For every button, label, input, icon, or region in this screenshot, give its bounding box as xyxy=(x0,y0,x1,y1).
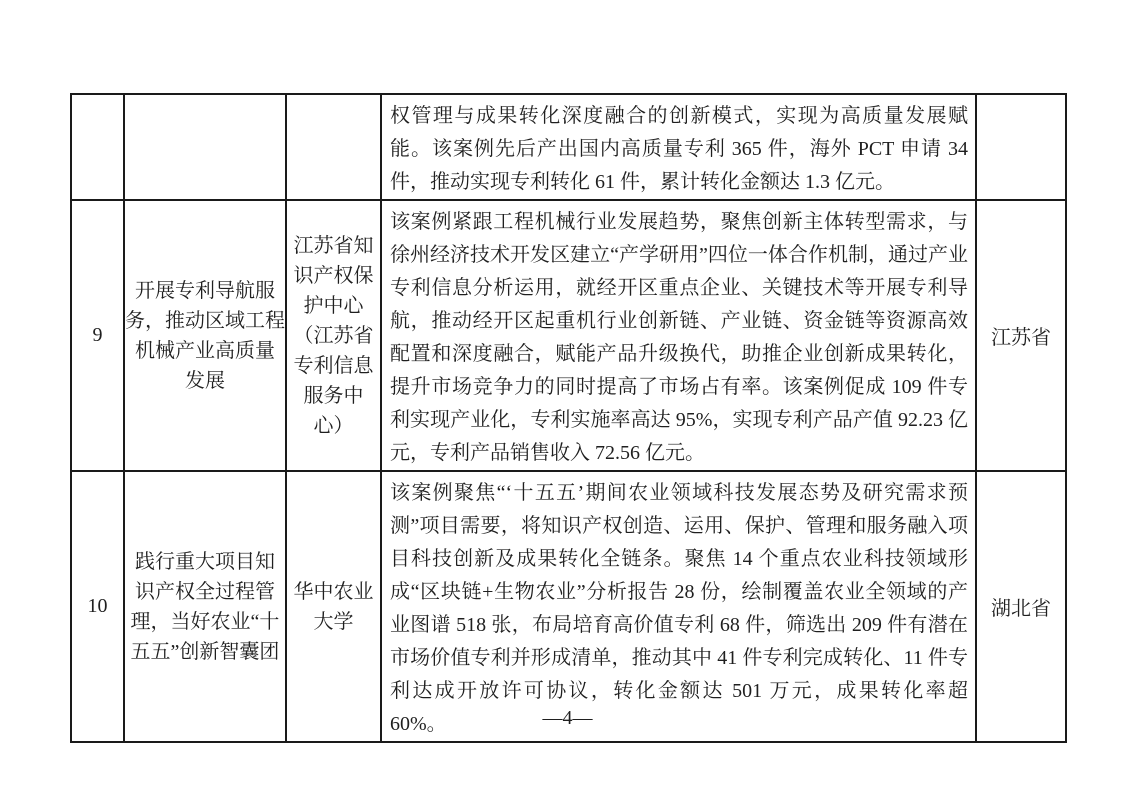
case-description-cell: 该案例紧跟工程机械行业发展趋势，聚焦创新主体转型需求，与徐州经济技术开发区建立“… xyxy=(381,200,976,471)
case-title-cell xyxy=(124,94,286,200)
case-title-cell: 践行重大项目知 识产权全过程管 理，当好农业“十 五五”创新智囊团 xyxy=(124,471,286,742)
case-organization-cell: 江苏省知 识产权保 护中心 （江苏省 专利信息 服务中 心） xyxy=(286,200,381,471)
document-page: 权管理与成果转化深度融合的创新模式，实现为高质量发展赋能。该案例先后产出国内高质… xyxy=(0,0,1122,793)
case-province-cell: 湖北省 xyxy=(976,471,1066,742)
cases-table: 权管理与成果转化深度融合的创新模式，实现为高质量发展赋能。该案例先后产出国内高质… xyxy=(70,93,1067,743)
case-number-cell xyxy=(71,94,124,200)
case-title-cell: 开展专利导航服 务，推动区域工程 机械产业高质量 发展 xyxy=(124,200,286,471)
case-description-cell: 权管理与成果转化深度融合的创新模式，实现为高质量发展赋能。该案例先后产出国内高质… xyxy=(381,94,976,200)
case-province-cell: 江苏省 xyxy=(976,200,1066,471)
case-number-cell: 9 xyxy=(71,200,124,471)
case-description-cell: 该案例聚焦“‘十五五’期间农业领域科技发展态势及研究需求预测”项目需要，将知识产… xyxy=(381,471,976,742)
table-row-continuation: 权管理与成果转化深度融合的创新模式，实现为高质量发展赋能。该案例先后产出国内高质… xyxy=(71,94,1066,200)
table-row: 9 开展专利导航服 务，推动区域工程 机械产业高质量 发展 江苏省知 识产权保 … xyxy=(71,200,1066,471)
case-province-cell xyxy=(976,94,1066,200)
case-organization-cell xyxy=(286,94,381,200)
page-number: —4— xyxy=(70,707,1065,730)
case-organization-cell: 华中农业 大学 xyxy=(286,471,381,742)
case-number-cell: 10 xyxy=(71,471,124,742)
table-row: 10 践行重大项目知 识产权全过程管 理，当好农业“十 五五”创新智囊团 华中农… xyxy=(71,471,1066,742)
